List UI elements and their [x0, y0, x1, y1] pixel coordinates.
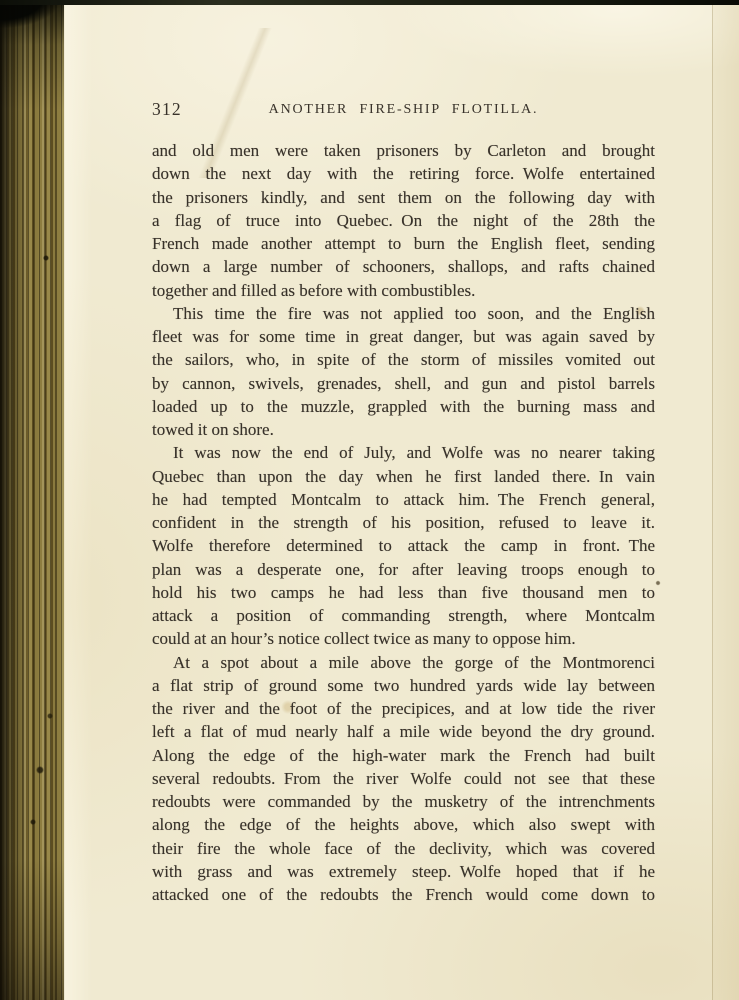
text-line: Along the edge of the high-water mark th…: [152, 744, 655, 767]
text-line: attack a position of commanding strength…: [152, 604, 655, 627]
text-line: a flat strip of ground some two hundred …: [152, 674, 655, 697]
text-line: the sailors, who, in spite of the storm …: [152, 348, 655, 371]
text-line: French made another attempt to burn the …: [152, 232, 655, 255]
photo-top-edge: [0, 0, 739, 5]
text-line: fleet was for some time in great danger,…: [152, 325, 655, 348]
running-title: ANOTHER FIRE-SHIP FLOTILLA.: [152, 99, 655, 118]
text-line: their fire the whole face of the declivi…: [152, 837, 655, 860]
text-line: down the next day with the retiring forc…: [152, 162, 655, 185]
text-line: Quebec than upon the day when he first l…: [152, 465, 655, 488]
text-line: attacked one of the redoubts the French …: [152, 883, 655, 906]
text-line: a flag of truce into Quebec. On the nigh…: [152, 209, 655, 232]
text-line: the river and the foot of the precipices…: [152, 697, 655, 720]
text-line: loaded up to the muzzle, grappled with t…: [152, 395, 655, 418]
text-line: hold his two camps he had less than five…: [152, 581, 655, 604]
text-line: with grass and was extremely steep. Wolf…: [152, 860, 655, 883]
running-header: 312 ANOTHER FIRE-SHIP FLOTILLA.: [152, 99, 655, 125]
body-text: and old men were taken prisoners by Carl…: [152, 139, 655, 906]
text-line: by cannon, swivels, grenades, shell, and…: [152, 372, 655, 395]
text-line: he had tempted Montcalm to attack him. T…: [152, 488, 655, 511]
text-line: This time the fire was not applied too s…: [152, 302, 655, 325]
text-line: along the edge of the heights above, whi…: [152, 813, 655, 836]
book-photograph: 312 ANOTHER FIRE-SHIP FLOTILLA. and old …: [0, 0, 739, 1000]
page-number: 312: [152, 99, 182, 120]
text-line: together and filled as before with combu…: [152, 279, 655, 302]
text-line: several redoubts. From the river Wolfe c…: [152, 767, 655, 790]
text-line: confident in the strength of his positio…: [152, 511, 655, 534]
text-line: It was now the end of July, and Wolfe wa…: [152, 441, 655, 464]
page-right-shading: [713, 0, 739, 1000]
text-line: the prisoners kindly, and sent them on t…: [152, 186, 655, 209]
text-line: towed it on shore.: [152, 418, 655, 441]
text-line: At a spot about a mile above the gorge o…: [152, 651, 655, 674]
text-line: down a large number of schooners, shallo…: [152, 255, 655, 278]
book-page-edges: [0, 0, 64, 1000]
text-line: redoubts were commanded by the musketry …: [152, 790, 655, 813]
text-line: and old men were taken prisoners by Carl…: [152, 139, 655, 162]
text-line: plan was a desperate one, for after leav…: [152, 558, 655, 581]
text-line: left a flat of mud nearly half a mile wi…: [152, 720, 655, 743]
text-line: Wolfe therefore determined to attack the…: [152, 534, 655, 557]
text-line: could at an hour’s notice collect twice …: [152, 627, 655, 650]
